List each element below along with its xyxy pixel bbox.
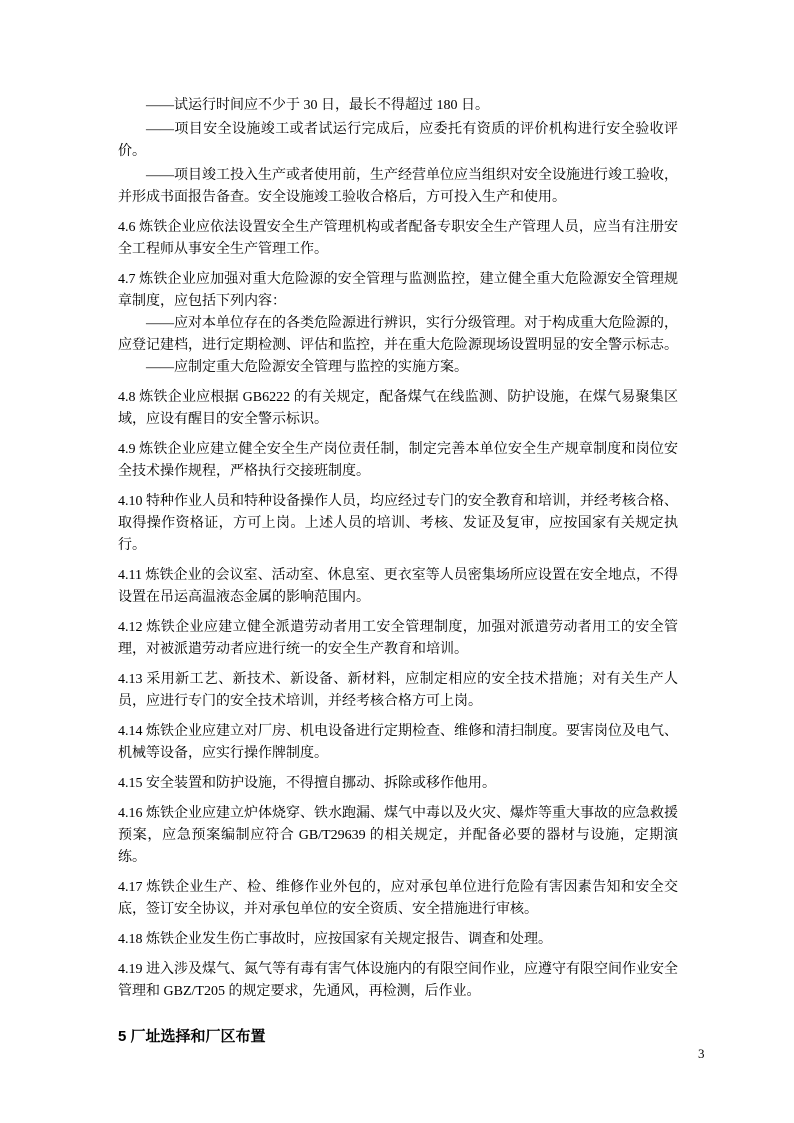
document-page: ——试运行时间应不少于 30 日，最长不得超过 180 日。——项目安全设施竣工…	[0, 0, 794, 1123]
clause-paragraph: 4.10 特种作业人员和特种设备操作人员，均应经过专门的安全教育和培训，并经考核…	[118, 491, 678, 557]
clause-paragraph: 4.16 炼铁企业应建立炉体烧穿、铁水跑漏、煤气中毒以及火灾、爆炸等重大事故的应…	[118, 803, 678, 869]
clause-paragraph: 4.8 炼铁企业应根据 GB6222 的有关规定，配备煤气在线监测、防护设施，在…	[118, 387, 678, 431]
clause-paragraph: 4.9 炼铁企业应建立健全安全生产岗位责任制，制定完善本单位安全生产规章制度和岗…	[118, 439, 678, 483]
clause-paragraph: 4.18 炼铁企业发生伤亡事故时，应按国家有关规定报告、调查和处理。	[118, 929, 678, 951]
clause-paragraph: 4.15 安全装置和防护设施，不得擅自挪动、拆除或移作他用。	[118, 773, 678, 795]
clause-paragraph: 4.7 炼铁企业应加强对重大危险源的安全管理与监测监控，建立健全重大危险源安全管…	[118, 269, 678, 313]
clause-paragraph: 4.13 采用新工艺、新技术、新设备、新材料，应制定相应的安全技术措施；对有关生…	[118, 669, 678, 713]
intro-paragraph: ——试运行时间应不少于 30 日，最长不得超过 180 日。	[118, 95, 678, 117]
page-number: 3	[698, 1046, 705, 1062]
intro-paragraph: ——项目竣工投入生产或者使用前，生产经营单位应当组织对安全设施进行竣工验收，并形…	[118, 165, 678, 209]
clause-paragraph: 4.14 炼铁企业应建立对厂房、机电设备进行定期检查、维修和清扫制度。要害岗位及…	[118, 721, 678, 765]
clause-paragraph: 4.6 炼铁企业应依法设置安全生产管理机构或者配备专职安全生产管理人员，应当有注…	[118, 217, 678, 261]
clause-paragraph: 4.12 炼铁企业应建立健全派遣劳动者用工安全管理制度，加强对派遣劳动者用工的安…	[118, 617, 678, 661]
clause-paragraph: 4.19 进入涉及煤气、氮气等有毒有害气体设施内的有限空间作业，应遵守有限空间作…	[118, 959, 678, 1003]
clause-paragraph: 4.17 炼铁企业生产、检、维修作业外包的，应对承包单位进行危险有害因素告知和安…	[118, 877, 678, 921]
clause-sub-paragraph: ——应对本单位存在的各类危险源进行辨识，实行分级管理。对于构成重大危险源的，应登…	[118, 313, 678, 357]
document-body: ——试运行时间应不少于 30 日，最长不得超过 180 日。——项目安全设施竣工…	[118, 95, 678, 1003]
clause-paragraph: 4.11 炼铁企业的会议室、活动室、休息室、更衣室等人员密集场所应设置在安全地点…	[118, 565, 678, 609]
intro-paragraph: ——项目安全设施竣工或者试运行完成后，应委托有资质的评价机构进行安全验收评价。	[118, 119, 678, 163]
section-heading: 5 厂址选择和厂区布置	[118, 1026, 678, 1048]
clause-sub-paragraph: ——应制定重大危险源安全管理与监控的实施方案。	[118, 357, 678, 379]
